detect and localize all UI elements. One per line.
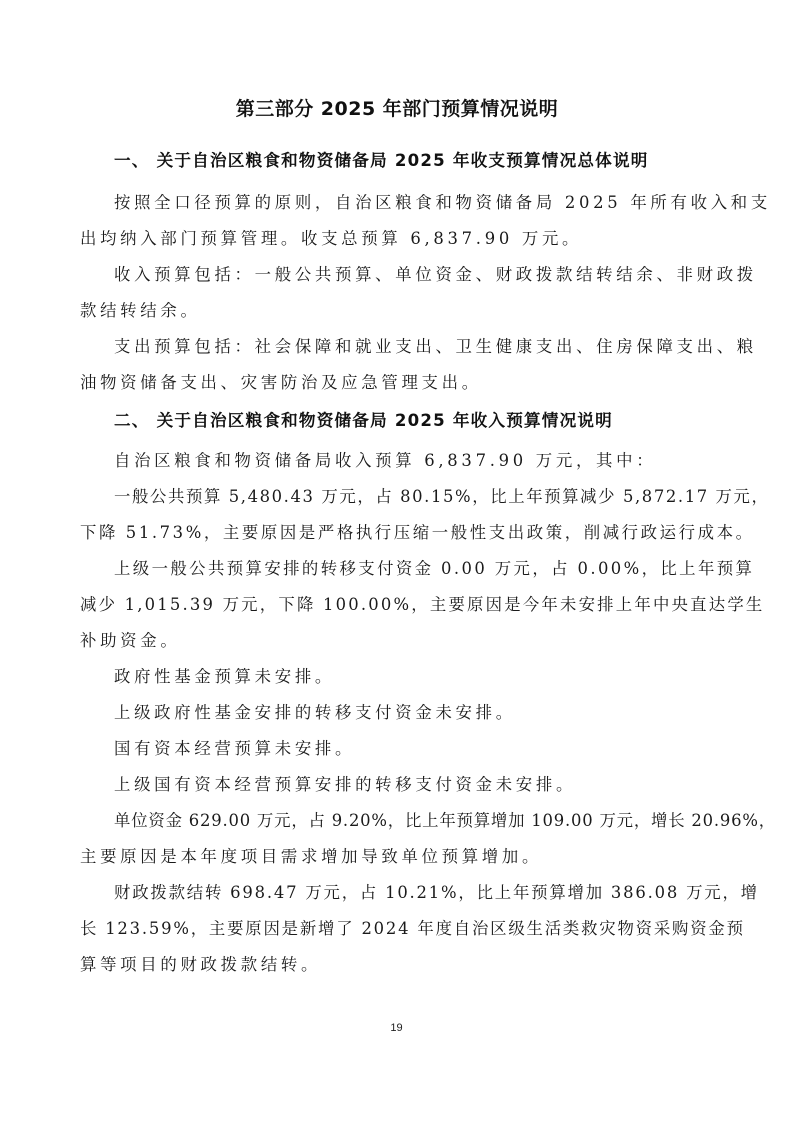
paragraph-line: 上级一般公共预算安排的转移支付资金 0.00 万元，占 0.00%，比上年预算 <box>114 558 754 580</box>
paragraph-line: 上级国有资本经营预算安排的转移支付资金未安排。 <box>114 774 576 796</box>
section-heading-1: 一、 关于自治区粮食和物资储备局 2025 年收支预算情况总体说明 <box>114 150 649 172</box>
page-number: 19 <box>0 1022 793 1034</box>
paragraph-line: 支出预算包括：社会保障和就业支出、卫生健康支出、住房保障支出、粮 <box>114 336 757 358</box>
paragraph-line: 长 123.59%，主要原因是新增了 2024 年度自治区级生活类救灾物资采购资… <box>80 918 745 940</box>
paragraph-line: 国有资本经营预算未安排。 <box>114 738 355 760</box>
paragraph-line: 单位资金 629.00 万元，占 9.20%，比上年预算增加 109.00 万元… <box>114 810 776 832</box>
paragraph-line: 补助资金。 <box>80 630 180 652</box>
paragraph-line: 减少 1,015.39 万元，下降 100.00%，主要原因是今年未安排上年中央… <box>80 594 765 616</box>
paragraph-line: 油物资储备支出、灾害防治及应急管理支出。 <box>80 372 482 394</box>
paragraph-line: 收入预算包括：一般公共预算、单位资金、财政拨款结转结余、非财政拨 <box>114 264 757 286</box>
paragraph-line: 政府性基金预算未安排。 <box>114 666 335 688</box>
page-title: 第三部分 2025 年部门预算情况说明 <box>80 94 714 121</box>
section-heading-2: 二、 关于自治区粮食和物资储备局 2025 年收入预算情况说明 <box>114 410 613 432</box>
paragraph-line: 算等项目的财政拨款结转。 <box>80 954 321 976</box>
paragraph-line: 自治区粮食和物资储备局收入预算 6,837.90 万元，其中： <box>114 450 656 472</box>
paragraph-line: 一般公共预算 5,480.43 万元，占 80.15%，比上年预算减少 5,87… <box>114 486 770 508</box>
paragraph-line: 出均纳入部门预算管理。收支总预算 6,837.90 万元。 <box>80 228 582 250</box>
paragraph-line: 款结转结余。 <box>80 300 201 322</box>
paragraph-line: 下降 51.73%，主要原因是严格执行压缩一般性支出政策，削减行政运行成本。 <box>80 522 755 544</box>
paragraph-line: 财政拨款结转 698.47 万元，占 10.21%，比上年预算增加 386.08… <box>114 882 759 904</box>
paragraph-line: 上级政府性基金安排的转移支付资金未安排。 <box>114 702 516 724</box>
paragraph-line: 按照全口径预算的原则，自治区粮食和物资储备局 2025 年所有收入和支 <box>114 192 771 214</box>
paragraph-line: 主要原因是本年度项目需求增加导致单位预算增加。 <box>80 846 542 868</box>
